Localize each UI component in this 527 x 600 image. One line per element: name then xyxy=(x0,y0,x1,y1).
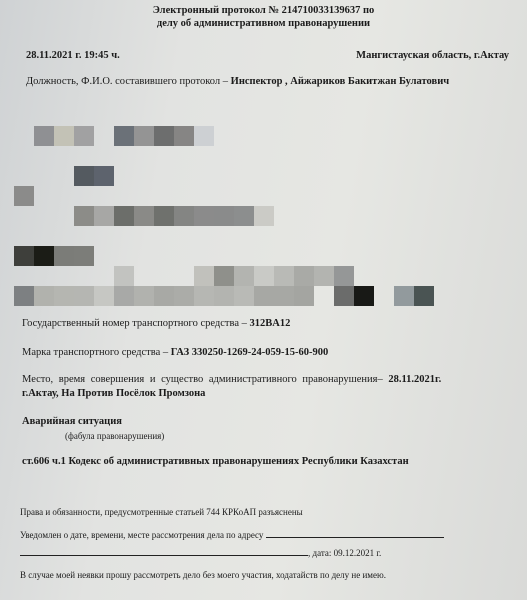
redaction-pixel xyxy=(234,206,254,226)
situation-caption: (фабула правонарушения) xyxy=(65,431,164,441)
redaction-pixel xyxy=(194,126,214,146)
officer-value: Инспектор , Айжариков Бакитжан Булатович xyxy=(231,76,450,87)
redaction-pixel xyxy=(74,246,94,266)
redaction-pixel xyxy=(234,286,254,306)
redaction-pixel xyxy=(274,286,294,306)
redaction-pixel xyxy=(134,126,154,146)
redaction-pixel xyxy=(94,206,114,226)
redaction-pixel xyxy=(134,206,154,226)
redaction-pixel xyxy=(134,286,154,306)
redaction-pixel xyxy=(114,266,134,286)
redaction-pixel xyxy=(114,286,134,306)
address-blank-line xyxy=(266,537,444,538)
redaction-pixel xyxy=(54,286,74,306)
redaction-pixel xyxy=(94,286,114,306)
redaction-pixel xyxy=(254,286,274,306)
absence-text: В случае моей неявки прошу рассмотреть д… xyxy=(20,570,386,580)
redaction-pixel xyxy=(314,266,334,286)
date-line: , дата: 09.12.2021 г. xyxy=(20,548,381,558)
article-text: ст.606 ч.1 Кодекс об административных пр… xyxy=(22,456,409,467)
address-blank-line-2 xyxy=(20,555,308,556)
officer-line: Должность, Ф.И.О. составившего протокол … xyxy=(26,76,449,87)
officer-label: Должность, Ф.И.О. составившего протокол … xyxy=(26,76,231,87)
redaction-pixel xyxy=(194,266,214,286)
redaction-pixel xyxy=(74,166,94,186)
plate-value: 312BA12 xyxy=(249,318,290,329)
redaction-pixel xyxy=(254,206,274,226)
plate-line: Государственный номер транспортного сред… xyxy=(22,318,290,329)
redaction-pixel xyxy=(154,126,174,146)
redaction-pixel xyxy=(74,206,94,226)
redacted-personal-data xyxy=(14,106,514,306)
redaction-pixel xyxy=(414,286,434,306)
plate-label: Государственный номер транспортного сред… xyxy=(22,318,249,329)
redaction-pixel xyxy=(54,126,74,146)
rights-text: Права и обязанности, предусмотренные ста… xyxy=(20,507,303,517)
redaction-pixel xyxy=(274,266,294,286)
redaction-pixel xyxy=(214,206,234,226)
redaction-pixel xyxy=(194,206,214,226)
redaction-pixel xyxy=(254,266,274,286)
protocol-location: Мангистауская область, г.Актау xyxy=(356,50,509,61)
redaction-pixel xyxy=(234,266,254,286)
redaction-pixel xyxy=(194,286,214,306)
notified-text: Уведомлен о дате, времени, месте рассмот… xyxy=(20,530,263,540)
protocol-datetime: 28.11.2021 г. 19:45 ч. xyxy=(26,50,120,61)
redaction-pixel xyxy=(114,126,134,146)
redaction-pixel xyxy=(154,206,174,226)
redaction-pixel xyxy=(14,186,34,206)
redaction-pixel xyxy=(214,266,234,286)
redaction-pixel xyxy=(54,246,74,266)
redaction-pixel xyxy=(14,286,34,306)
redaction-pixel xyxy=(174,206,194,226)
redaction-pixel xyxy=(394,286,414,306)
offense-place-line: Место, время совершения и существо админ… xyxy=(22,374,512,385)
redaction-pixel xyxy=(14,246,34,266)
make-line: Марка транспортного средства – ГАЗ 33025… xyxy=(22,347,328,358)
notified-line: Уведомлен о дате, времени, месте рассмот… xyxy=(20,530,444,540)
offense-place-label: Место, время совершения и существо админ… xyxy=(22,374,388,385)
redaction-pixel xyxy=(334,286,354,306)
redaction-pixel xyxy=(214,286,234,306)
redaction-pixel xyxy=(294,286,314,306)
redaction-pixel xyxy=(154,286,174,306)
redaction-pixel xyxy=(34,246,54,266)
protocol-document: Электронный протокол № 214710033139637 п… xyxy=(0,0,527,600)
redaction-pixel xyxy=(74,286,94,306)
offense-date: 28.11.2021г. xyxy=(388,374,441,385)
make-value: ГАЗ 330250-1269-24-059-15-60-900 xyxy=(171,347,329,358)
title-line-1: Электронный протокол № 214710033139637 п… xyxy=(0,4,527,17)
redaction-pixel xyxy=(74,126,94,146)
redaction-pixel xyxy=(34,126,54,146)
hearing-date: , дата: 09.12.2021 г. xyxy=(308,548,381,558)
redaction-pixel xyxy=(174,126,194,146)
redaction-pixel xyxy=(114,206,134,226)
situation-text: Аварийная ситуация xyxy=(22,416,122,427)
make-label: Марка транспортного средства – xyxy=(22,347,171,358)
redaction-pixel xyxy=(294,266,314,286)
redaction-pixel xyxy=(354,286,374,306)
offense-place-value: г.Актау, На Против Посёлок Промзона xyxy=(22,388,205,399)
redaction-pixel xyxy=(94,166,114,186)
redaction-pixel xyxy=(334,266,354,286)
document-title: Электронный протокол № 214710033139637 п… xyxy=(0,4,527,30)
redaction-pixel xyxy=(174,286,194,306)
redaction-pixel xyxy=(34,286,54,306)
title-line-2: делу об административном правонарушении xyxy=(0,17,527,30)
